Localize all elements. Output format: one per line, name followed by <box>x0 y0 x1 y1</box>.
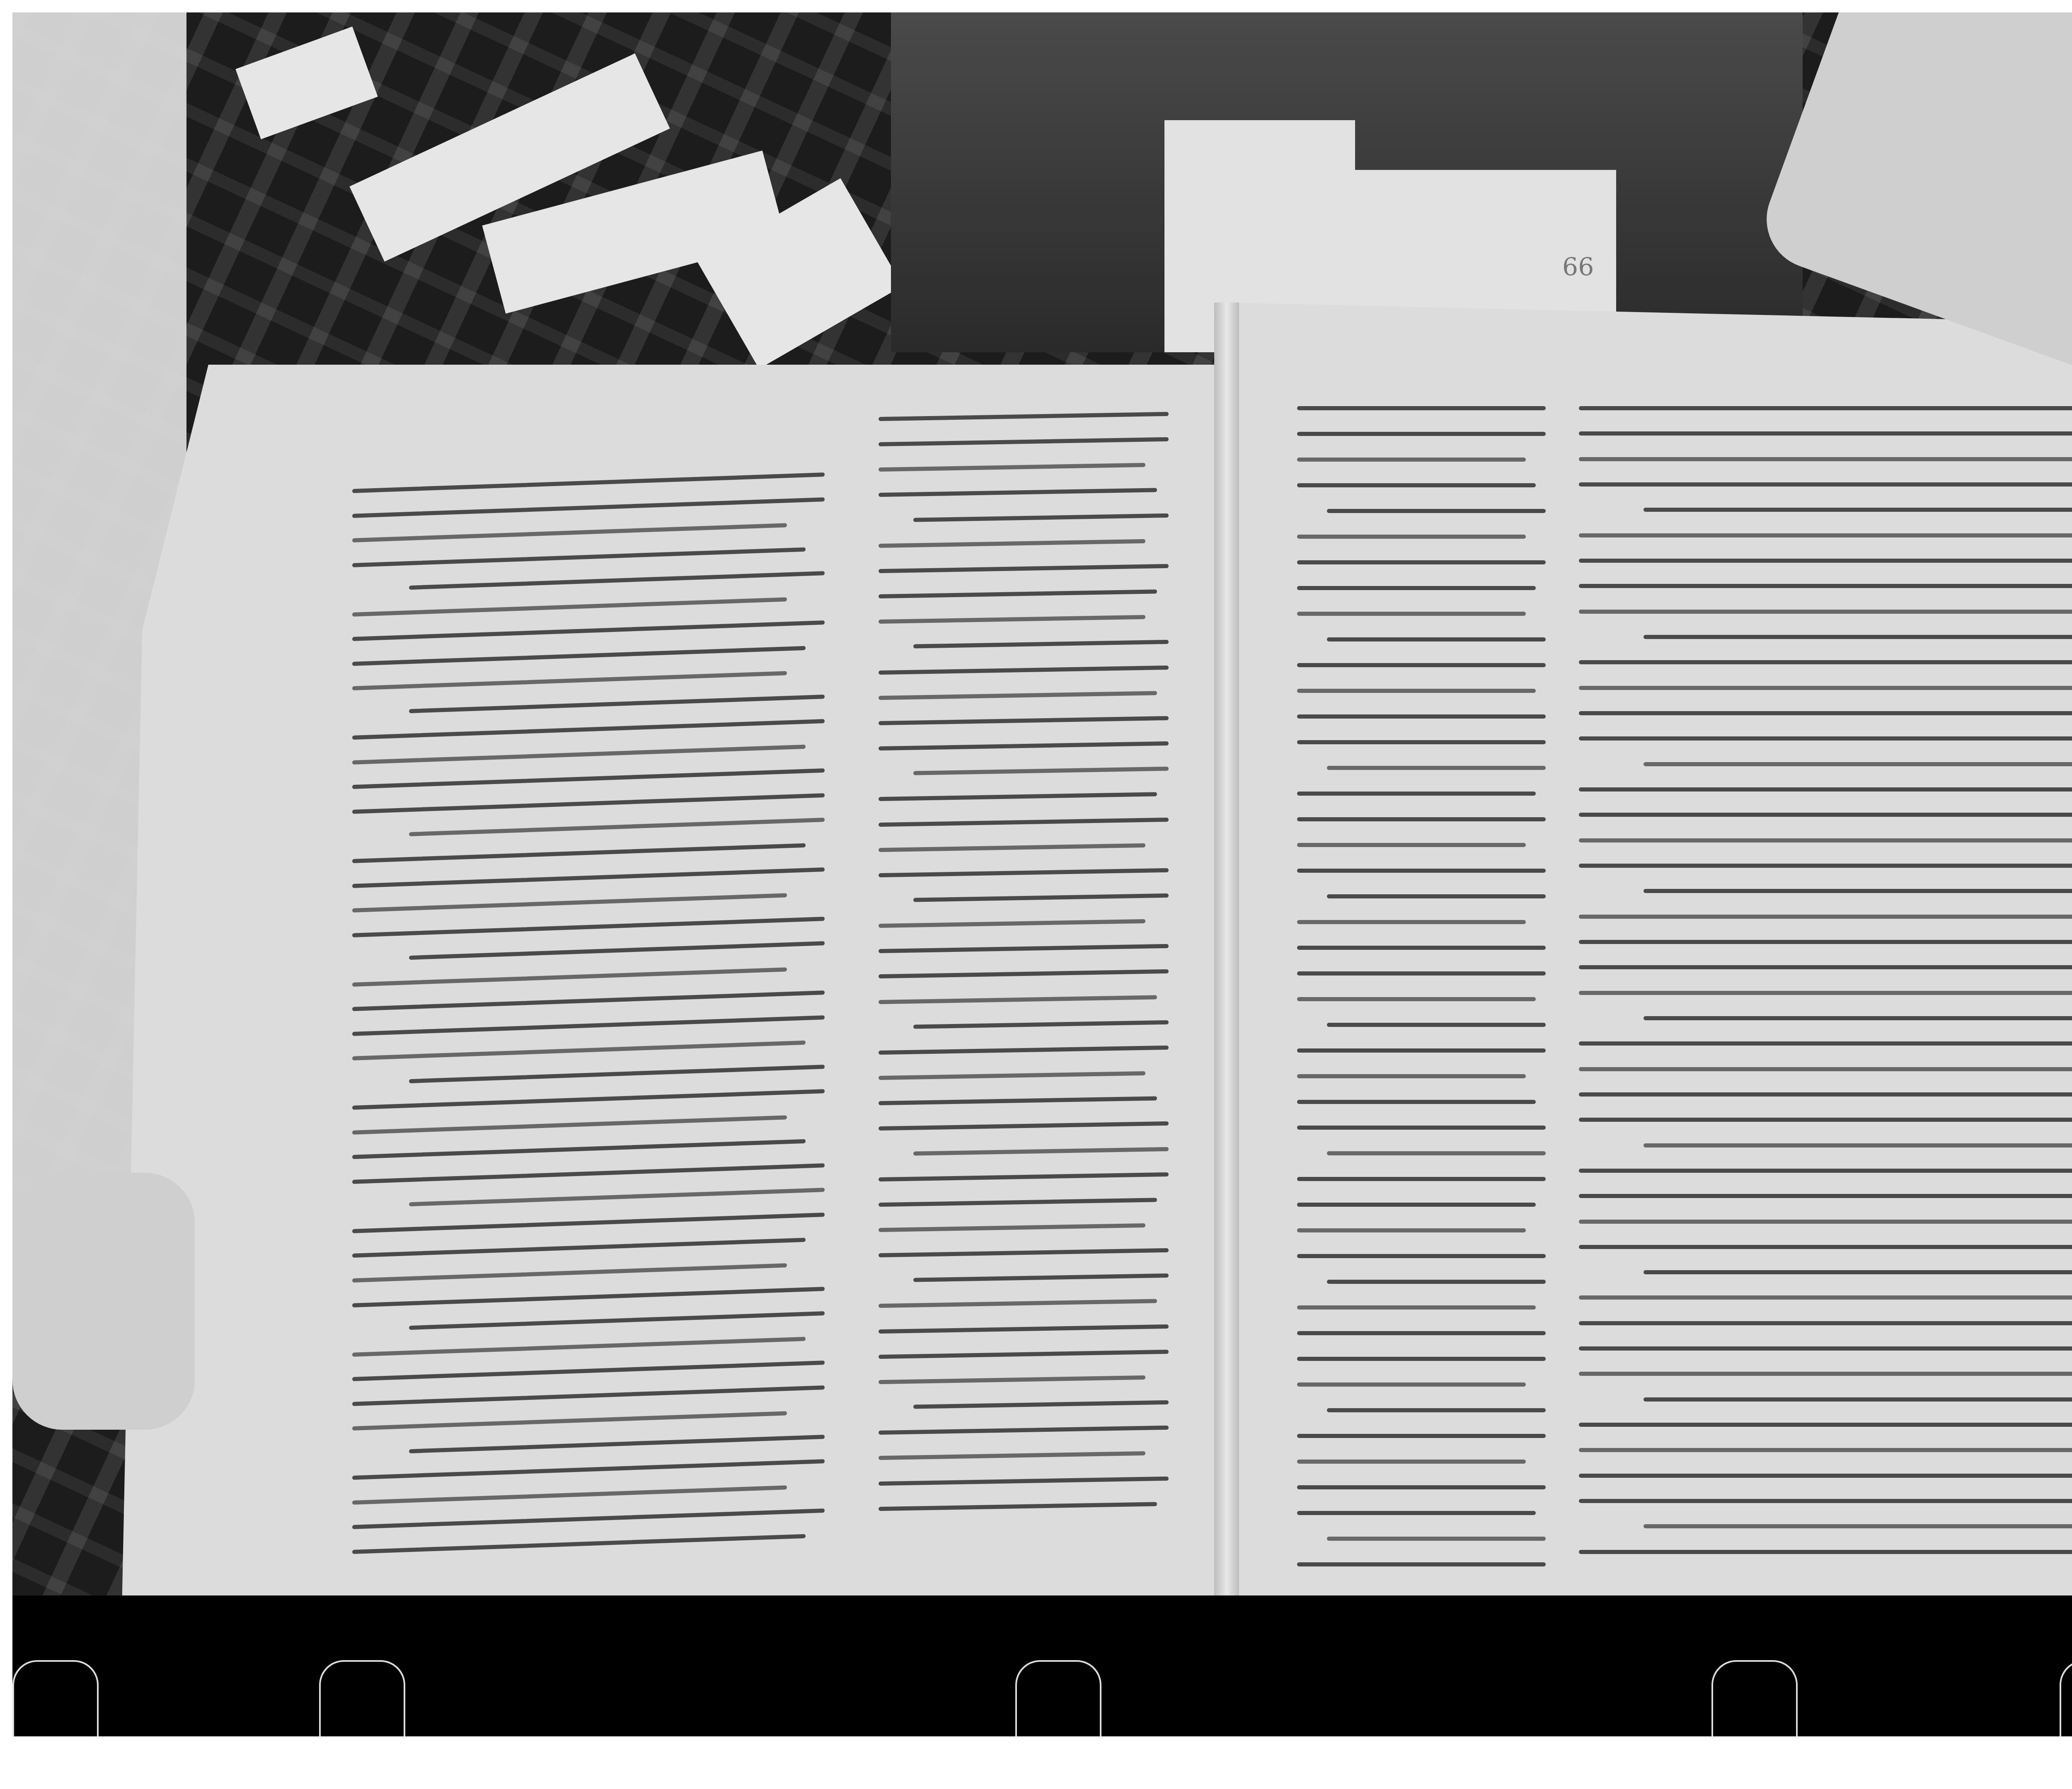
photo-frame: 66 <box>12 12 2072 1736</box>
film-edge <box>12 1595 2072 1736</box>
manuscript-text-line <box>352 597 787 617</box>
manuscript-text-line <box>879 463 1145 472</box>
manuscript-text-line <box>879 1299 1157 1308</box>
manuscript-text-line <box>1327 766 1546 770</box>
manuscript-text-line <box>352 1385 825 1406</box>
manuscript-text-line <box>352 1238 806 1258</box>
manuscript-text-line <box>879 437 1169 446</box>
manuscript-text-line <box>913 1400 1169 1409</box>
manuscript-text-line <box>913 1147 1169 1155</box>
manuscript-text-line <box>1579 1041 2072 1046</box>
manuscript-text-line <box>1579 711 2072 715</box>
manuscript-text-line <box>1579 610 2072 614</box>
manuscript-text-line <box>1327 1537 1546 1541</box>
manuscript-text-line <box>1297 1331 1546 1335</box>
manuscript-text-line <box>879 1350 1169 1359</box>
manuscript-text-line <box>352 745 806 765</box>
manuscript-text-line <box>1297 817 1546 821</box>
manuscript-text-line <box>1579 559 2072 563</box>
manuscript-text-line <box>879 792 1157 801</box>
manuscript-text-line <box>1579 787 2072 792</box>
manuscript-text-line <box>1579 533 2072 537</box>
manuscript-text-line <box>352 893 787 913</box>
manuscript-text-line <box>879 1248 1169 1257</box>
manuscript-text-line <box>879 969 1169 978</box>
manuscript-text-line <box>1327 509 1546 513</box>
manuscript-text-line <box>879 1172 1169 1181</box>
manuscript-text-line <box>1297 1203 1536 1207</box>
manuscript-text-line <box>1579 1118 2072 1122</box>
book-gutter <box>1214 303 1239 1670</box>
manuscript-text-line <box>879 589 1157 598</box>
left-page-outer-column <box>352 472 825 1554</box>
manuscript-text-line <box>879 488 1157 497</box>
sprocket-hole <box>2060 1660 2072 1736</box>
manuscript-text-line <box>913 767 1169 775</box>
manuscript-text-line <box>879 564 1169 573</box>
manuscript-text-line <box>1579 965 2072 969</box>
manuscript-text-line <box>352 1041 806 1060</box>
manuscript-text-line <box>409 941 825 960</box>
manuscript-text-line <box>879 1121 1169 1131</box>
manuscript-text-line <box>352 719 825 740</box>
manuscript-text-line <box>1579 1474 2072 1478</box>
manuscript-text-line <box>1297 663 1546 667</box>
manuscript-text-line <box>1579 813 2072 817</box>
manuscript-text-line <box>1579 1092 2072 1097</box>
manuscript-text-line <box>1579 1499 2072 1503</box>
manuscript-text-line <box>352 1287 825 1307</box>
manuscript-text-line <box>1579 1550 2072 1554</box>
manuscript-text-line <box>1297 406 1546 410</box>
manuscript-text-line <box>1579 1423 2072 1427</box>
manuscript-text-line <box>352 917 825 937</box>
manuscript-text-line <box>1644 1016 2072 1020</box>
manuscript-text-line <box>1297 1357 1546 1361</box>
manuscript-text-line <box>1327 1280 1546 1284</box>
manuscript-text-line <box>1644 762 2072 766</box>
manuscript-text-line <box>1579 1245 2072 1249</box>
manuscript-text-line <box>1579 584 2072 588</box>
manuscript-text-line <box>913 640 1169 649</box>
pencil-page-number: 66 <box>1562 253 1594 282</box>
manuscript-text-line <box>409 695 825 713</box>
manuscript-text-line <box>1327 1151 1546 1155</box>
manuscript-text-line <box>352 523 787 542</box>
manuscript-text-line <box>879 615 1145 624</box>
manuscript-text-line <box>409 1065 825 1083</box>
manuscript-text-line <box>1297 997 1536 1001</box>
manuscript-text-line <box>1644 635 2072 639</box>
manuscript-text-line <box>1297 946 1546 950</box>
manuscript-text-line <box>1297 1434 1546 1438</box>
manuscript-text-line <box>352 1336 806 1356</box>
manuscript-text-line <box>1297 843 1526 847</box>
open-manuscript: 66 <box>120 303 2072 1703</box>
manuscript-text-line <box>1297 535 1526 539</box>
manuscript-text-line <box>352 497 825 518</box>
manuscript-text-line <box>1579 1169 2072 1173</box>
manuscript-text-line <box>1579 482 2072 487</box>
manuscript-text-line <box>1297 483 1536 487</box>
sprocket-hole <box>1015 1660 1101 1736</box>
manuscript-text-line <box>409 1188 825 1207</box>
manuscript-text-line <box>1579 915 2072 919</box>
manuscript-text-line <box>1297 1511 1536 1515</box>
manuscript-text-line <box>1579 1372 2072 1376</box>
manuscript-text-line <box>1579 431 2072 436</box>
manuscript-text-line <box>879 665 1169 674</box>
manuscript-text-line <box>879 1451 1145 1460</box>
manuscript-text-line <box>1579 1346 2072 1351</box>
sprocket-hole <box>12 1660 99 1736</box>
manuscript-text-line <box>409 1435 825 1453</box>
manuscript-text-line <box>1297 1382 1526 1387</box>
manuscript-text-line <box>879 1324 1169 1334</box>
manuscript-text-line <box>879 1097 1157 1106</box>
manuscript-text-line <box>879 843 1145 852</box>
manuscript-text-line <box>352 1263 787 1283</box>
manuscript-text-line <box>1644 889 2072 893</box>
manuscript-text-line <box>1579 1067 2072 1071</box>
manuscript-text-line <box>913 1020 1169 1029</box>
manuscript-text-line <box>1579 660 2072 664</box>
manuscript-text-line <box>352 1361 825 1381</box>
manuscript-text-line <box>1297 1100 1536 1104</box>
manuscript-text-line <box>1644 1143 2072 1147</box>
left-page-inner-column <box>879 412 1169 1511</box>
manuscript-text-line <box>1644 1270 2072 1274</box>
manuscript-text-line <box>352 1139 806 1159</box>
manuscript-text-line <box>879 741 1169 750</box>
manuscript-text-line <box>879 1046 1169 1055</box>
sprocket-hole <box>319 1660 405 1736</box>
manuscript-text-line <box>352 768 825 789</box>
manuscript-text-line <box>1297 612 1526 616</box>
right-page-inner-column <box>1297 406 1546 1566</box>
manuscript-text-line <box>352 867 825 888</box>
manuscript-text-line <box>352 620 825 641</box>
manuscript-text-line <box>1297 740 1546 744</box>
manuscript-text-line <box>352 793 825 814</box>
manuscript-text-line <box>1644 1524 2072 1528</box>
manuscript-text-line <box>879 1476 1169 1485</box>
manuscript-text-line <box>879 944 1169 953</box>
sprocket-hole <box>1711 1660 1798 1736</box>
manuscript-text-line <box>352 1459 825 1480</box>
manuscript-text-line <box>1297 1254 1546 1258</box>
manuscript-text-line <box>1327 894 1546 898</box>
manuscript-text-line <box>1297 1460 1526 1464</box>
manuscript-text-line <box>1297 714 1546 719</box>
manuscript-text-line <box>913 513 1169 522</box>
manuscript-text-line <box>1579 991 2072 995</box>
manuscript-text-line <box>1579 406 2072 410</box>
manuscript-text-line <box>1579 1194 2072 1198</box>
manuscript-text-line <box>1297 1177 1546 1181</box>
manuscript-text-line <box>1297 920 1526 924</box>
manuscript-text-line <box>1579 1220 2072 1224</box>
manuscript-text-line <box>352 1163 825 1184</box>
manuscript-text-line <box>352 671 787 691</box>
manuscript-text-line <box>1297 1228 1526 1232</box>
manuscript-text-line <box>1579 1321 2072 1325</box>
manuscript-text-line <box>879 1071 1145 1080</box>
manuscript-text-line <box>1579 736 2072 741</box>
manuscript-text-line <box>1579 1448 2072 1452</box>
right-page-outer-column <box>1579 406 2072 1554</box>
manuscript-text-line <box>352 1089 825 1110</box>
manuscript-text-line <box>352 1213 825 1233</box>
manuscript-text-line <box>1297 458 1526 462</box>
manuscript-text-line <box>1579 838 2072 842</box>
manuscript-text-line <box>1297 1305 1536 1310</box>
manuscript-text-line <box>879 919 1145 928</box>
manuscript-text-line <box>879 1426 1169 1435</box>
left-hand <box>12 1173 195 1430</box>
manuscript-text-line <box>879 716 1169 725</box>
manuscript-text-line <box>352 843 806 863</box>
manuscript-text-line <box>879 1223 1145 1232</box>
manuscript-text-line <box>1297 1074 1526 1078</box>
manuscript-text-line <box>352 967 787 987</box>
manuscript-text-line <box>879 868 1169 877</box>
manuscript-text-line <box>1297 689 1536 693</box>
manuscript-text-line <box>1297 971 1546 976</box>
manuscript-text-line <box>352 1508 825 1529</box>
manuscript-text-line <box>352 1411 787 1431</box>
manuscript-text-line <box>409 1311 825 1330</box>
manuscript-text-line <box>913 893 1169 902</box>
manuscript-text-line <box>879 1375 1145 1384</box>
manuscript-text-line <box>1297 1562 1546 1566</box>
manuscript-text-line <box>879 995 1157 1004</box>
manuscript-text-line <box>409 818 825 837</box>
manuscript-text-line <box>1644 1397 2072 1402</box>
manuscript-text-line <box>409 571 825 590</box>
manuscript-text-line <box>352 1485 787 1505</box>
manuscript-text-line <box>1297 1126 1546 1130</box>
manuscript-text-line <box>1327 637 1546 642</box>
manuscript-text-line <box>1297 432 1546 436</box>
manuscript-text-line <box>879 1198 1157 1207</box>
manuscript-text-line <box>879 691 1157 700</box>
manuscript-text-line <box>1579 686 2072 690</box>
manuscript-text-line <box>352 1115 787 1135</box>
manuscript-text-line <box>1579 940 2072 944</box>
manuscript-text-line <box>352 990 825 1011</box>
manuscript-text-line <box>1297 1048 1546 1053</box>
manuscript-text-line <box>352 1015 825 1036</box>
manuscript-text-line <box>1297 586 1536 590</box>
manuscript-text-line <box>879 817 1169 826</box>
manuscript-text-line <box>913 1273 1169 1282</box>
manuscript-text-line <box>1297 1485 1546 1489</box>
manuscript-text-line <box>1579 457 2072 461</box>
manuscript-text-line <box>879 539 1145 548</box>
manuscript-text-line <box>1327 1023 1546 1027</box>
manuscript-text-line <box>1579 864 2072 868</box>
manuscript-text-line <box>352 547 806 567</box>
manuscript-text-line <box>1297 792 1536 796</box>
manuscript-text-line <box>352 646 806 666</box>
manuscript-text-line <box>1579 1295 2072 1300</box>
manuscript-text-line <box>1297 869 1546 873</box>
manuscript-text-line <box>1644 508 2072 512</box>
manuscript-text-line <box>1327 1408 1546 1412</box>
manuscript-text-line <box>1297 560 1546 564</box>
